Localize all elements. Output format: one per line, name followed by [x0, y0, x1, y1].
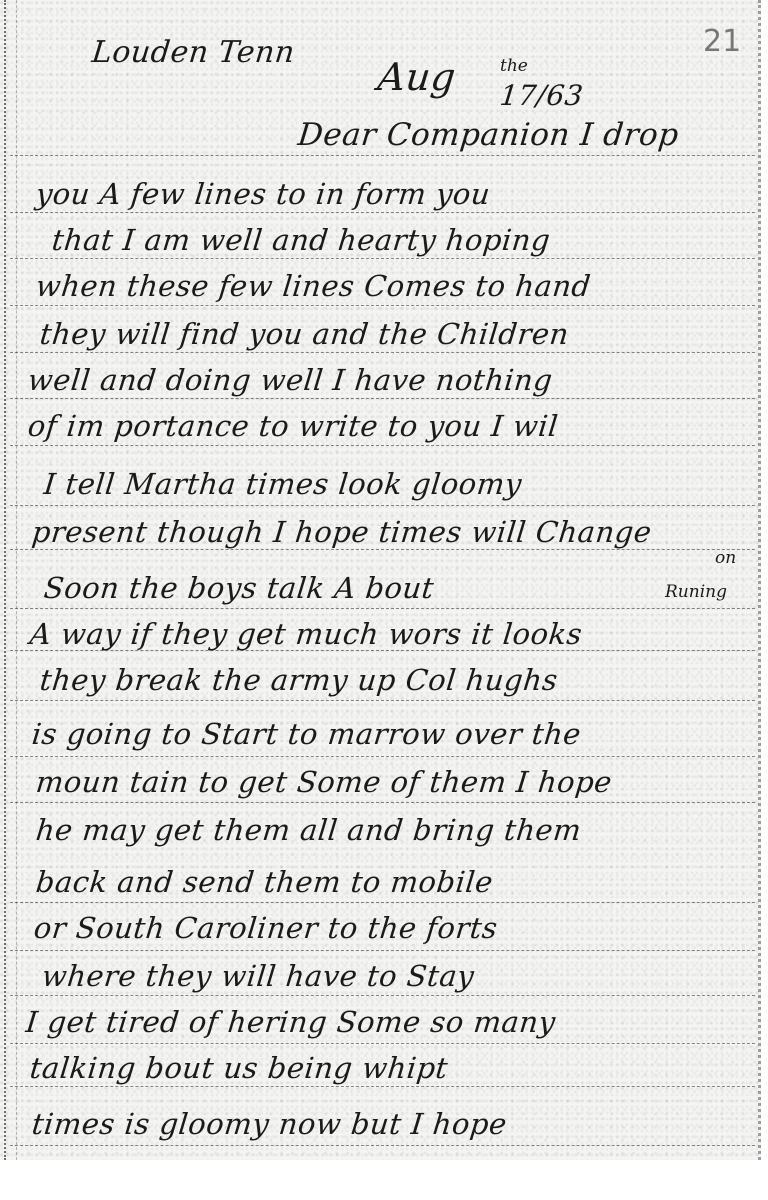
ruled-line: [10, 155, 755, 156]
ruled-line: [10, 258, 755, 259]
ruled-line: [10, 212, 755, 213]
ruled-line: [10, 352, 755, 353]
letter-line: times is gloomy now but I hope: [30, 1110, 508, 1139]
ruled-line: [10, 1043, 755, 1044]
ruled-line: [10, 608, 755, 609]
ruled-line: [10, 445, 755, 446]
heading-day-sup: the: [500, 56, 528, 76]
ruled-line: [10, 700, 755, 701]
ruled-line: [10, 1086, 755, 1087]
ruled-line: [10, 802, 755, 803]
ruled-line: [10, 950, 755, 951]
letter-line: moun tain to get Some of them I hope: [34, 768, 613, 797]
letter-line: of im portance to write to you I wil: [26, 412, 559, 441]
letter-line: present though I hope times will Change: [30, 518, 653, 547]
ruled-line: [10, 398, 755, 399]
heading-place: Louden Tenn: [90, 38, 296, 68]
letter-line: Soon the boys talk A bout: [42, 574, 435, 603]
margin-note-on: on: [715, 548, 736, 568]
letter-line: I get tired of hering Some so many: [24, 1008, 557, 1037]
letter-line: when these few lines Comes to hand: [34, 272, 592, 301]
letter-page: 21 Louden Tenn Aug the 17/63 Dear Compan…: [0, 0, 761, 1160]
letter-line: I tell Martha times look gloomy: [42, 470, 523, 499]
letter-line: they will find you and the Children: [38, 320, 570, 349]
ruled-line: [10, 995, 755, 996]
left-margin-rule: [4, 0, 17, 1160]
ruled-line: [10, 1145, 755, 1146]
ruled-line: [10, 549, 755, 550]
salutation: Dear Companion I drop: [296, 120, 680, 151]
letter-line: he may get them all and bring them: [34, 816, 582, 845]
letter-line: or South Caroliner to the forts: [32, 914, 499, 943]
ruled-line: [10, 305, 755, 306]
ruled-line: [10, 756, 755, 757]
letter-line: is going to Start to marrow over the: [30, 720, 582, 749]
letter-line: talking bout us being whipt: [28, 1054, 449, 1083]
letter-line: they break the army up Col hughs: [38, 666, 559, 695]
letter-line: well and doing well I have nothing: [26, 366, 553, 395]
letter-line: where they will have to Stay: [40, 962, 475, 991]
letter-line: back and send them to mobile: [34, 868, 494, 897]
letter-line: that I am well and hearty hoping: [50, 226, 551, 255]
letter-line: A way if they get much wors it looks: [28, 620, 583, 649]
ruled-line: [10, 902, 755, 903]
page-number: 21: [703, 24, 741, 59]
scan-bottom-margin: [0, 1162, 768, 1200]
letter-line: you A few lines to in form you: [34, 180, 491, 209]
margin-note-running: Runing: [665, 582, 727, 602]
heading-month: Aug: [376, 58, 458, 96]
heading-date: 17/63: [499, 82, 585, 110]
ruled-line: [10, 505, 755, 506]
